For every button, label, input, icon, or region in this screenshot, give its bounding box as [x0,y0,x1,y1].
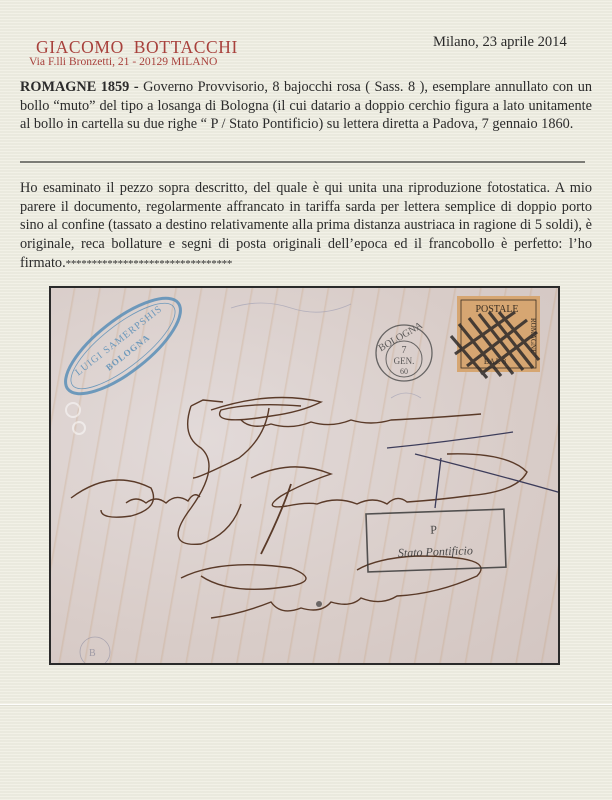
handstamp-line2: Stato Pontificio [398,543,473,560]
cachet-line1: LUIGI SAMERPSHIS [73,303,164,378]
certificate-filler: ******************************** [66,258,232,270]
item-description: ROMAGNE 1859 - Governo Provvisorio, 8 ba… [20,78,592,134]
certificate-date: Milano, 23 aprile 2014 [433,34,567,51]
handwritten-address-icon [71,398,527,619]
item-title: ROMAGNE 1859 - [20,79,139,95]
stato-pontificio-handstamp-icon: P Stato Pontificio [366,509,506,572]
emboss-mark-icon [66,403,85,434]
fold-crease [0,704,612,705]
cover-photo: LUIGI SAMERPSHIS BOLOGNA B BOLOGNA 7 GEN… [49,286,560,665]
postmark-icon: BOLOGNA 7 GEN. 60 [376,320,432,381]
tax-mark-icon [387,432,558,508]
certificate-text: Ho esaminato il pezzo sopra descritto, d… [20,179,592,274]
postage-stamp-icon: POSTALE ROMAGNE BAJ. 8 [451,296,540,378]
pencil-circle-icon: B [80,637,110,663]
sender-cachet-icon: LUIGI SAMERPSHIS BOLOGNA [52,288,194,410]
cover-illustration: LUIGI SAMERPSHIS BOLOGNA B BOLOGNA 7 GEN… [51,288,558,663]
postmark-month: GEN. [394,356,415,366]
company-address: Via F.lli Bronzetti, 21 - 20129 MILANO [29,55,217,68]
postmark-day: 7 [402,345,407,356]
postmark-year: 60 [400,367,408,376]
divider [20,161,585,163]
handstamp-line1: P [430,523,437,537]
svg-text:B: B [89,648,96,659]
